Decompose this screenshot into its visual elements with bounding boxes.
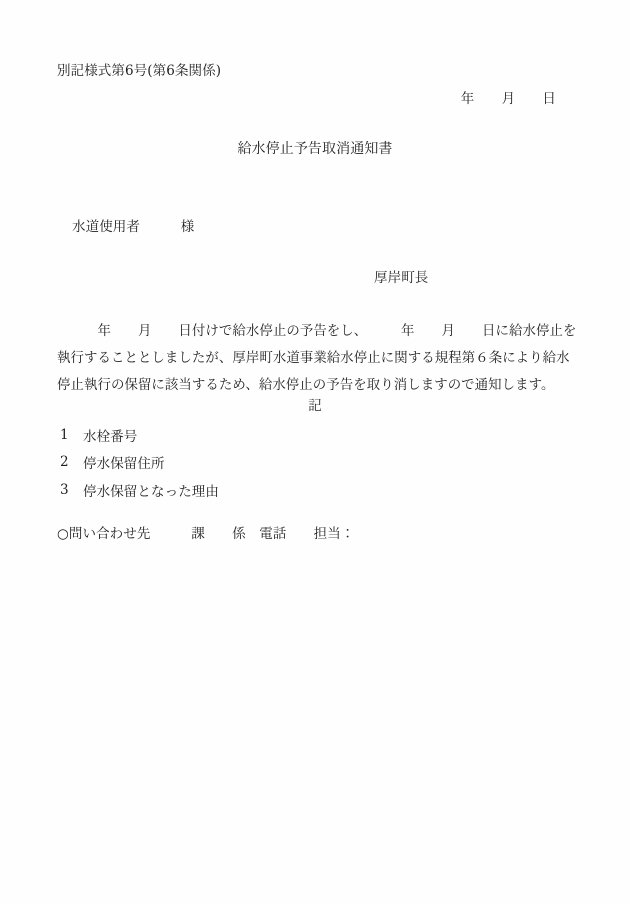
body-line-2: 執行することとしましたが、厚岸町水道事業給水停止に関する規程第６条により給水 [57,345,587,372]
body-line-1: 年 月 日付けで給水停止の予告をし、 年 月 日に給水停止を [57,318,587,345]
item-number: 1 [60,427,83,443]
list-item: 3 停水保留となった理由 [60,476,219,504]
contact-line: ○問い合わせ先 課 係 電話 担当： [57,528,354,542]
item-number: 2 [60,454,83,470]
body-paragraph: 年 月 日付けで給水停止の予告をし、 年 月 日に給水停止を 執行することとしま… [57,318,587,399]
addressee-line: 水道使用者 様 [72,221,194,235]
item-list: 1 水栓番号 2 停水保留住所 3 停水保留となった理由 [60,421,219,504]
list-item: 1 水栓番号 [60,421,219,449]
record-heading: 記 [0,400,630,414]
list-item: 2 停水保留住所 [60,449,219,477]
document-title: 給水停止予告取消通知書 [0,142,630,156]
item-text: 停水保留となった理由 [83,480,219,500]
item-text: 停水保留住所 [83,452,165,472]
date-line: 年 月 日 [461,93,556,107]
document-page: 別記様式第6号(第6条関係) 年 月 日 給水停止予告取消通知書 水道使用者 様… [0,0,630,903]
form-number: 別記様式第6号(第6条関係) [57,65,221,79]
item-number: 3 [60,482,83,498]
sender-name: 厚岸町長 [374,272,428,286]
body-line-3: 停止執行の保留に該当するため、給水停止の予告を取り消しますので通知します。 [57,372,587,399]
item-text: 水栓番号 [83,425,137,445]
